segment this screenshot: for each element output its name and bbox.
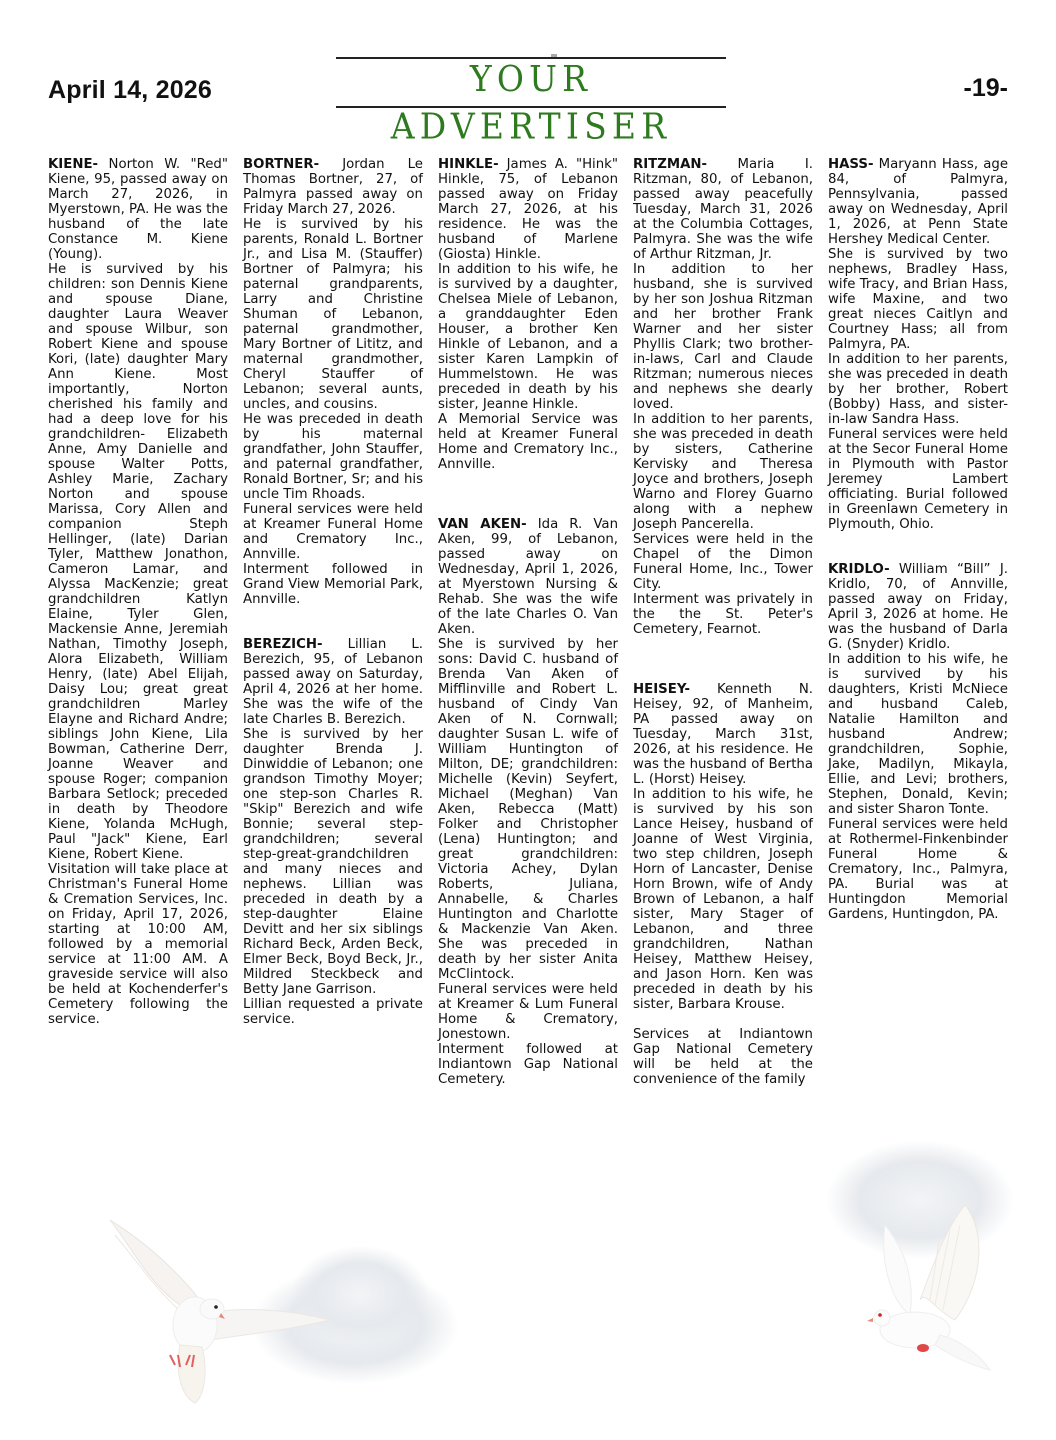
dove-icon [825, 1140, 1045, 1390]
obituary-paragraph: Funeral services were held at the Secor … [828, 427, 1008, 532]
obituary-paragraph: HINKLE- James A. "Hink" Hinkle, 75, of L… [438, 157, 618, 262]
obituary-paragraph: In addition to her husband, she is survi… [633, 262, 813, 412]
obituary-paragraph: BORTNER- Jordan Le Thomas Bortner, 27, o… [243, 157, 423, 217]
obituary-paragraph: He is survived by his parents, Ronald L.… [243, 217, 423, 412]
obituary-hass: HASS- Maryann Hass, age 84, of Palmyra, … [828, 157, 1008, 532]
obituary-paragraph: Interment followed at Indiantown Gap Nat… [438, 1042, 618, 1087]
obituary-name: HINKLE- [438, 157, 499, 172]
obituary-name: KIENE- [48, 157, 98, 172]
obituary-van-aken: VAN AKEN- Ida R. Van Aken, 99, of Lebano… [438, 517, 618, 1087]
obituary-paragraph: Services at Indiantown Gap National Ceme… [633, 1027, 813, 1087]
obituary-paragraph: In addition to her parents, she was prec… [828, 352, 1008, 427]
obituary-paragraph: HEISEY- Kenneth N. Heisey, 92, of Manhei… [633, 682, 813, 787]
column-3: HINKLE- James A. "Hink" Hinkle, 75, of L… [438, 157, 618, 1087]
column-1: KIENE- Norton W. "Red" Kiene, 95, passed… [48, 157, 228, 1027]
obituary-name: BEREZICH- [243, 637, 323, 652]
obituary-paragraph: BEREZICH- Lillian L. Berezich, 95, of Le… [243, 637, 423, 727]
obituary-paragraph: She is survived by two nephews, Bradley … [828, 247, 1008, 352]
obituary-ritzman: RITZMAN- Maria I. Ritzman, 80, of Lebano… [633, 157, 813, 637]
obituary-paragraph: In addition to her parents, she was prec… [633, 412, 813, 532]
obituary-name: HEISEY- [633, 682, 690, 697]
obituary-berezich: BEREZICH- Lillian L. Berezich, 95, of Le… [243, 637, 423, 1027]
obituary-name: KRIDLO- [828, 562, 890, 577]
obituary-name: RITZMAN- [633, 157, 707, 172]
issue-date: April 14, 2026 [48, 76, 212, 105]
obituary-paragraph: She is survived by her daughter Brenda J… [243, 727, 423, 997]
spacer [633, 1012, 813, 1027]
spacer [438, 472, 618, 517]
obituary-paragraph: He was preceded in death by his maternal… [243, 412, 423, 502]
obituary-kridlo: KRIDLO- William “Bill” J. Kridlo, 70, of… [828, 562, 1008, 922]
obituary-paragraph: KIENE- Norton W. "Red" Kiene, 95, passed… [48, 157, 228, 262]
obituary-name: BORTNER- [243, 157, 319, 172]
obituary-paragraph: He is survived by his children: son Denn… [48, 262, 228, 862]
obituary-paragraph: Services were held in the Chapel of the … [633, 532, 813, 592]
obituary-paragraph: RITZMAN- Maria I. Ritzman, 80, of Lebano… [633, 157, 813, 262]
obituary-name: HASS- [828, 157, 874, 172]
masthead-title: YOUR ADVERTISER [336, 55, 726, 150]
obituary-paragraph: Funeral services were held at Rothermel-… [828, 817, 1008, 922]
masthead: YOUR ADVERTISER [336, 57, 726, 108]
obituary-paragraph: VAN AKEN- Ida R. Van Aken, 99, of Lebano… [438, 517, 618, 637]
obituary-paragraph: Interment was privately in the the St. P… [633, 592, 813, 637]
obituary-paragraph: She is survived by her sons: David C. hu… [438, 637, 618, 982]
obituary-paragraph: HASS- Maryann Hass, age 84, of Palmyra, … [828, 157, 1008, 247]
obituary-paragraph: In addition to his wife, he is survived … [438, 262, 618, 412]
dove-cloud-illustration-left [90, 1205, 460, 1415]
obituary-heisey: HEISEY- Kenneth N. Heisey, 92, of Manhei… [633, 682, 813, 1087]
column-2: BORTNER- Jordan Le Thomas Bortner, 27, o… [243, 157, 423, 1027]
dove-cloud-illustration-right [825, 1140, 1045, 1390]
obituary-paragraph: Funeral services were held at Kreamer & … [438, 982, 618, 1042]
dove-icon [90, 1205, 350, 1415]
spacer [633, 637, 813, 682]
obituary-kiene: KIENE- Norton W. "Red" Kiene, 95, passed… [48, 157, 228, 1027]
column-4: RITZMAN- Maria I. Ritzman, 80, of Lebano… [633, 157, 813, 1087]
obituary-paragraph: In addition to his wife, he is survived … [828, 652, 1008, 817]
obituary-bortner: BORTNER- Jordan Le Thomas Bortner, 27, o… [243, 157, 423, 607]
obituary-paragraph: In addition to his wife, he is survived … [633, 787, 813, 1012]
column-5: HASS- Maryann Hass, age 84, of Palmyra, … [828, 157, 1008, 922]
obituary-paragraph: A Memorial Service was held at Kreamer F… [438, 412, 618, 472]
obituary-hinkle: HINKLE- James A. "Hink" Hinkle, 75, of L… [438, 157, 618, 472]
obituary-paragraph: Funeral services were held at Kreamer Fu… [243, 502, 423, 562]
page-header: April 14, 2026 YOUR ADVERTISER -19- [0, 0, 1056, 130]
obituary-paragraph: Lillian requested a private service. [243, 997, 423, 1027]
page-number: -19- [964, 74, 1008, 103]
spacer [243, 607, 423, 637]
spacer [828, 532, 1008, 562]
obituary-name: VAN AKEN- [438, 517, 527, 532]
obituary-paragraph: Interment followed in Grand View Memoria… [243, 562, 423, 607]
obituary-paragraph: KRIDLO- William “Bill” J. Kridlo, 70, of… [828, 562, 1008, 652]
obituary-paragraph: Visitation will take place at Christman'… [48, 862, 228, 1027]
